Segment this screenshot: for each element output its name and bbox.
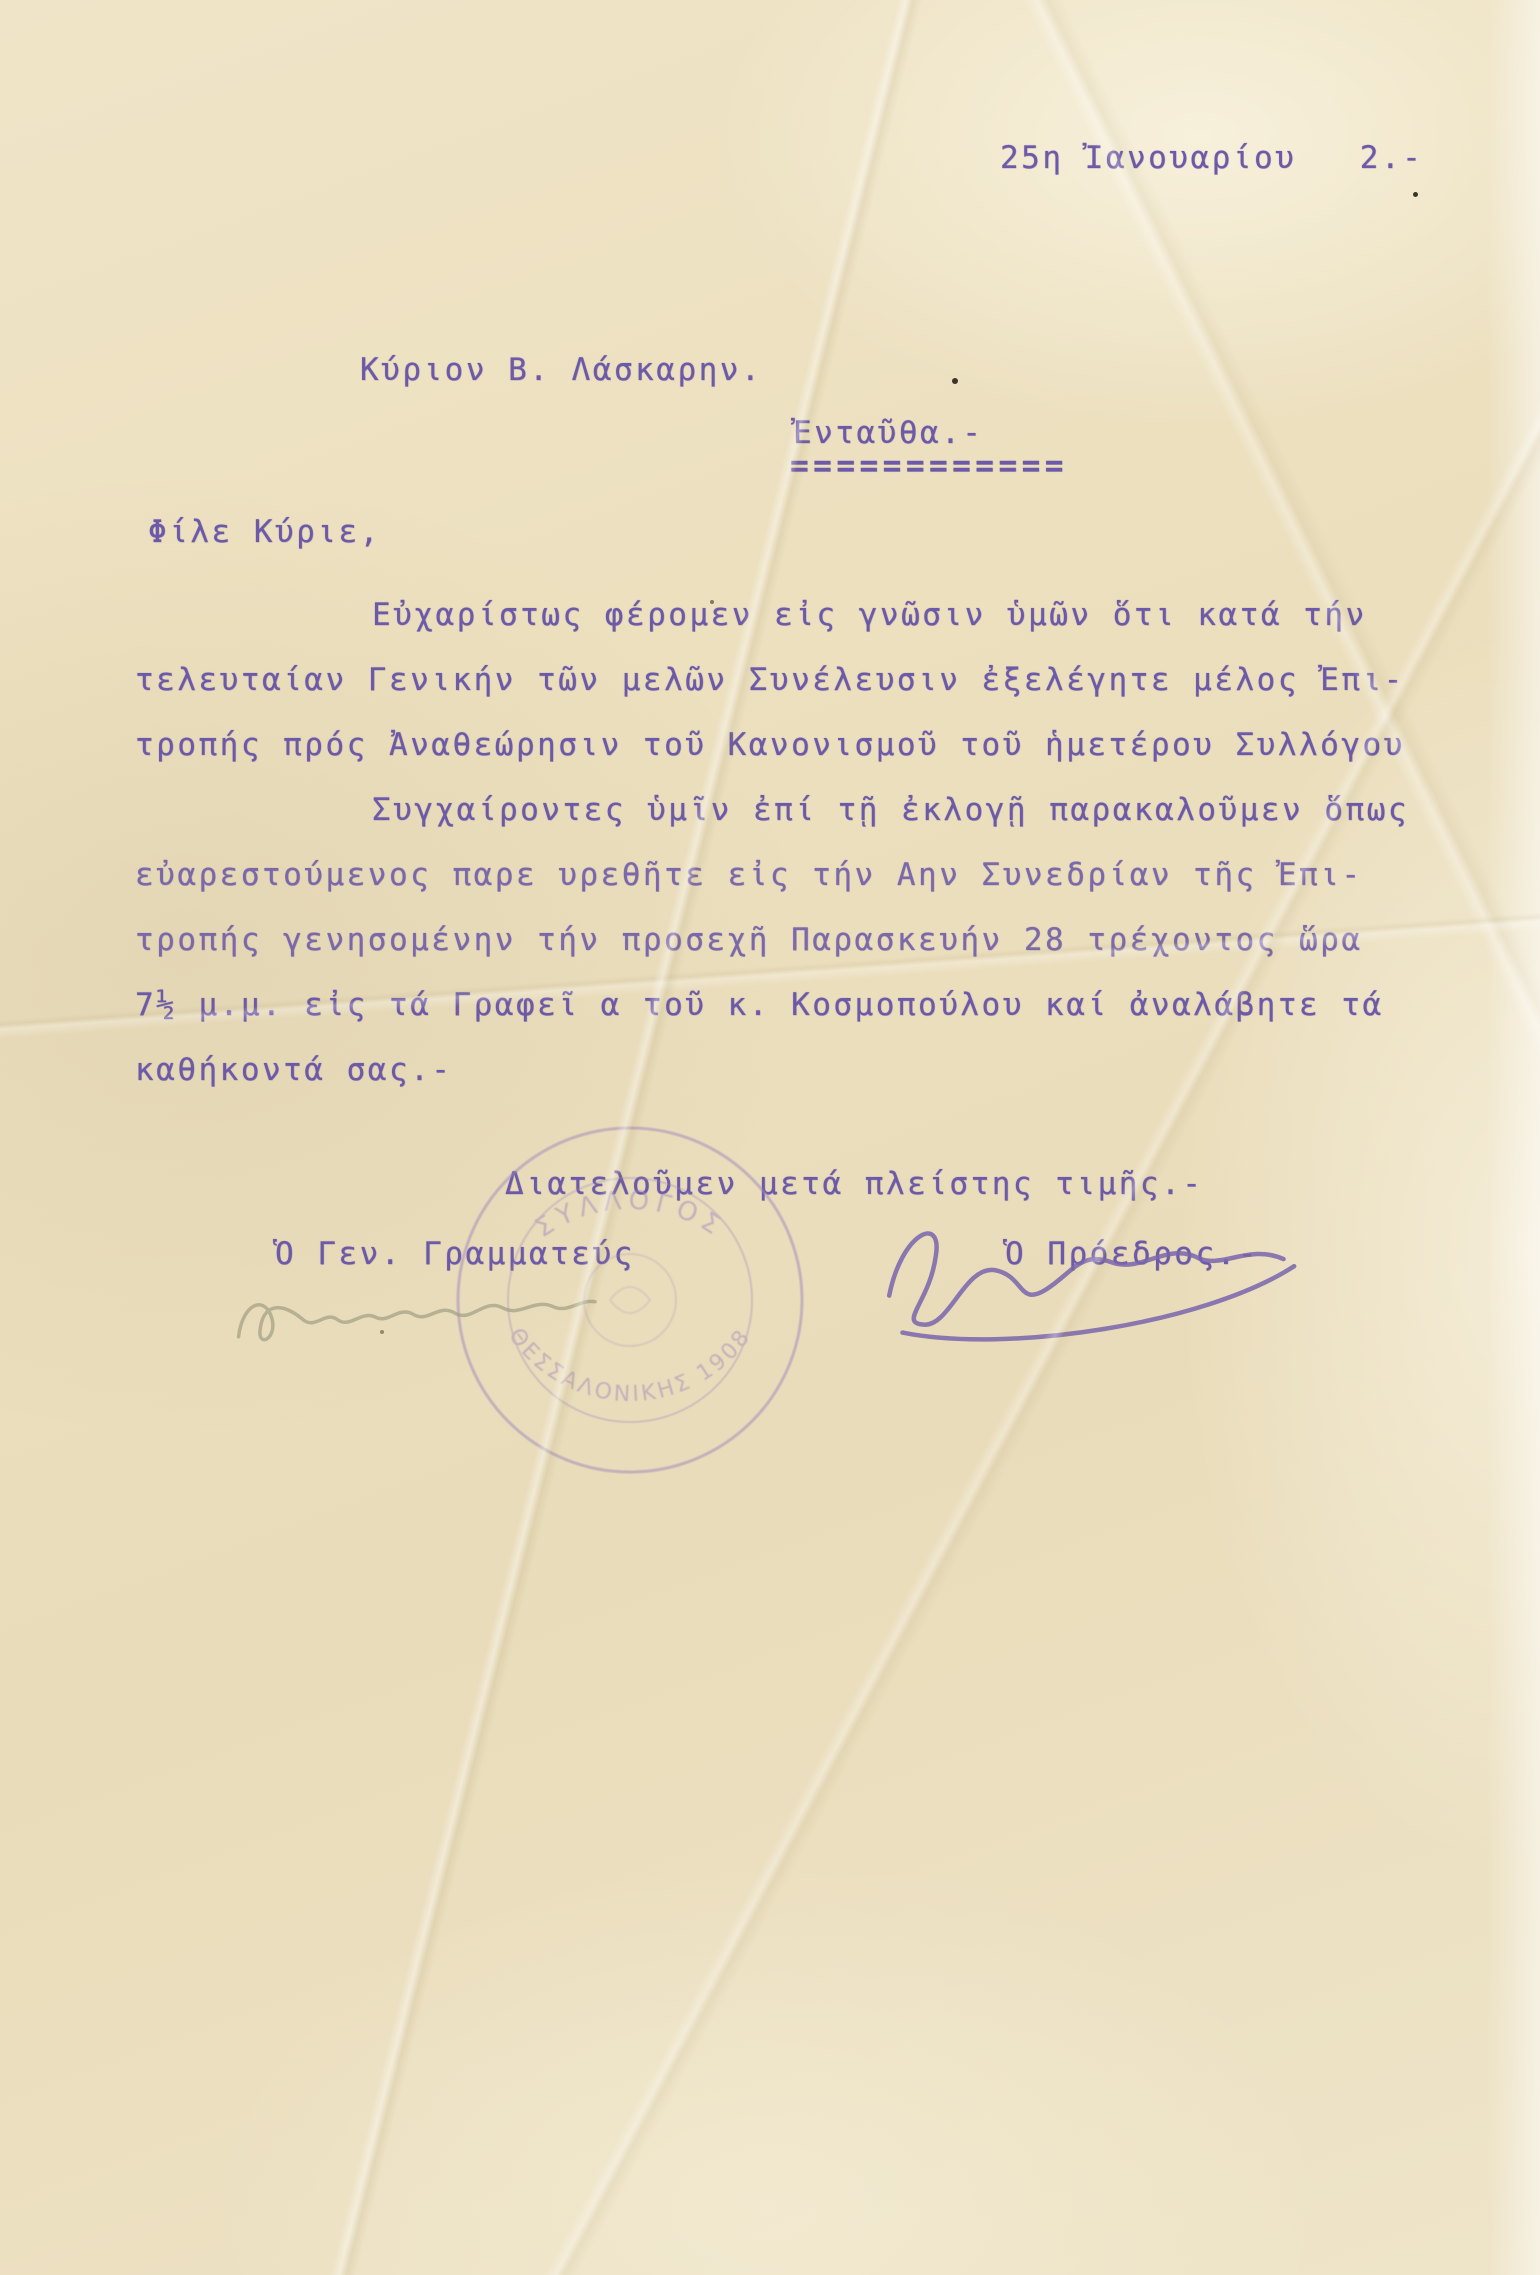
paper-speck [710,600,714,604]
stamp-arc-bottom-text: ΘΕΣΣΑΛΟΝΙΚΗΣ 1908 [503,1324,756,1408]
salutation: Φίλε Κύριε, [148,514,381,551]
paper-speck [380,1330,384,1334]
body-line: τελευταίαν Γενικήν τῶν μελῶν Συνέλευσιν … [135,648,1465,713]
addressee-line: Κύριον Β. Λάσκαρην. [360,352,762,389]
body-line: τροπής γενησομένην τήν προσεχῆ Παρασκευή… [135,908,1465,973]
date-line: 25η Ἰανουαρίου 2.- [1000,140,1423,177]
letter-body: Εὐχαρίστως φέρομεν εἰς γνῶσιν ὑμῶν ὅτι κ… [135,583,1465,1103]
body-line: καθήκοντά σας.- [135,1038,1465,1103]
body-line: 7½ μ.μ. εἰς τά Γραφεῖ α τοῦ κ. Κοσμοπούλ… [135,973,1465,1038]
paper-creases [0,0,1540,2275]
stamp-emblem-detail [610,1287,650,1313]
president-signature-stroke [884,1202,1298,1350]
secretary-title: Ὁ Γεν. Γραμματεύς [275,1236,635,1273]
body-line: Εὐχαρίστως φέρομεν εἰς γνῶσιν ὑμῶν ὅτι κ… [135,583,1465,648]
closing-line: Διατελοῦμεν μετά πλείστης τιμῆς.- [505,1166,1203,1203]
svg-text:ΘΕΣΣΑΛΟΝΙΚΗΣ 1908: ΘΕΣΣΑΛΟΝΙΚΗΣ 1908 [503,1324,756,1408]
place-line: Ἐνταῦθα.- [793,415,983,452]
stamp-inner-ring [508,1178,752,1422]
body-line: εὐαρεστούμενος παρε υρεθῆτε εἰς τήν Αην … [135,843,1465,908]
letter-page: 25η Ἰανουαρίου 2.- Κύριον Β. Λάσκαρην. Ἐ… [0,0,1540,2275]
organization-stamp: ΣΥΛΛΟΓΟΣ ΘΕΣΣΑΛΟΝΙΚΗΣ 1908 [425,1095,835,1505]
president-title: Ὁ Πρόεδρος.- [1005,1236,1259,1273]
body-line: τροπής πρός Ἀναθεώρησιν τοῦ Κανονισμοῦ τ… [135,713,1465,778]
secretary-signature-stroke [236,1281,596,1341]
paper-speck [952,378,958,384]
body-line: Συγχαίροντες ὑμῖν ἐπί τῇ ἐκλογῇ παρακαλο… [135,778,1465,843]
paper-speck [1413,192,1418,197]
place-underline: ============ [790,448,1068,485]
